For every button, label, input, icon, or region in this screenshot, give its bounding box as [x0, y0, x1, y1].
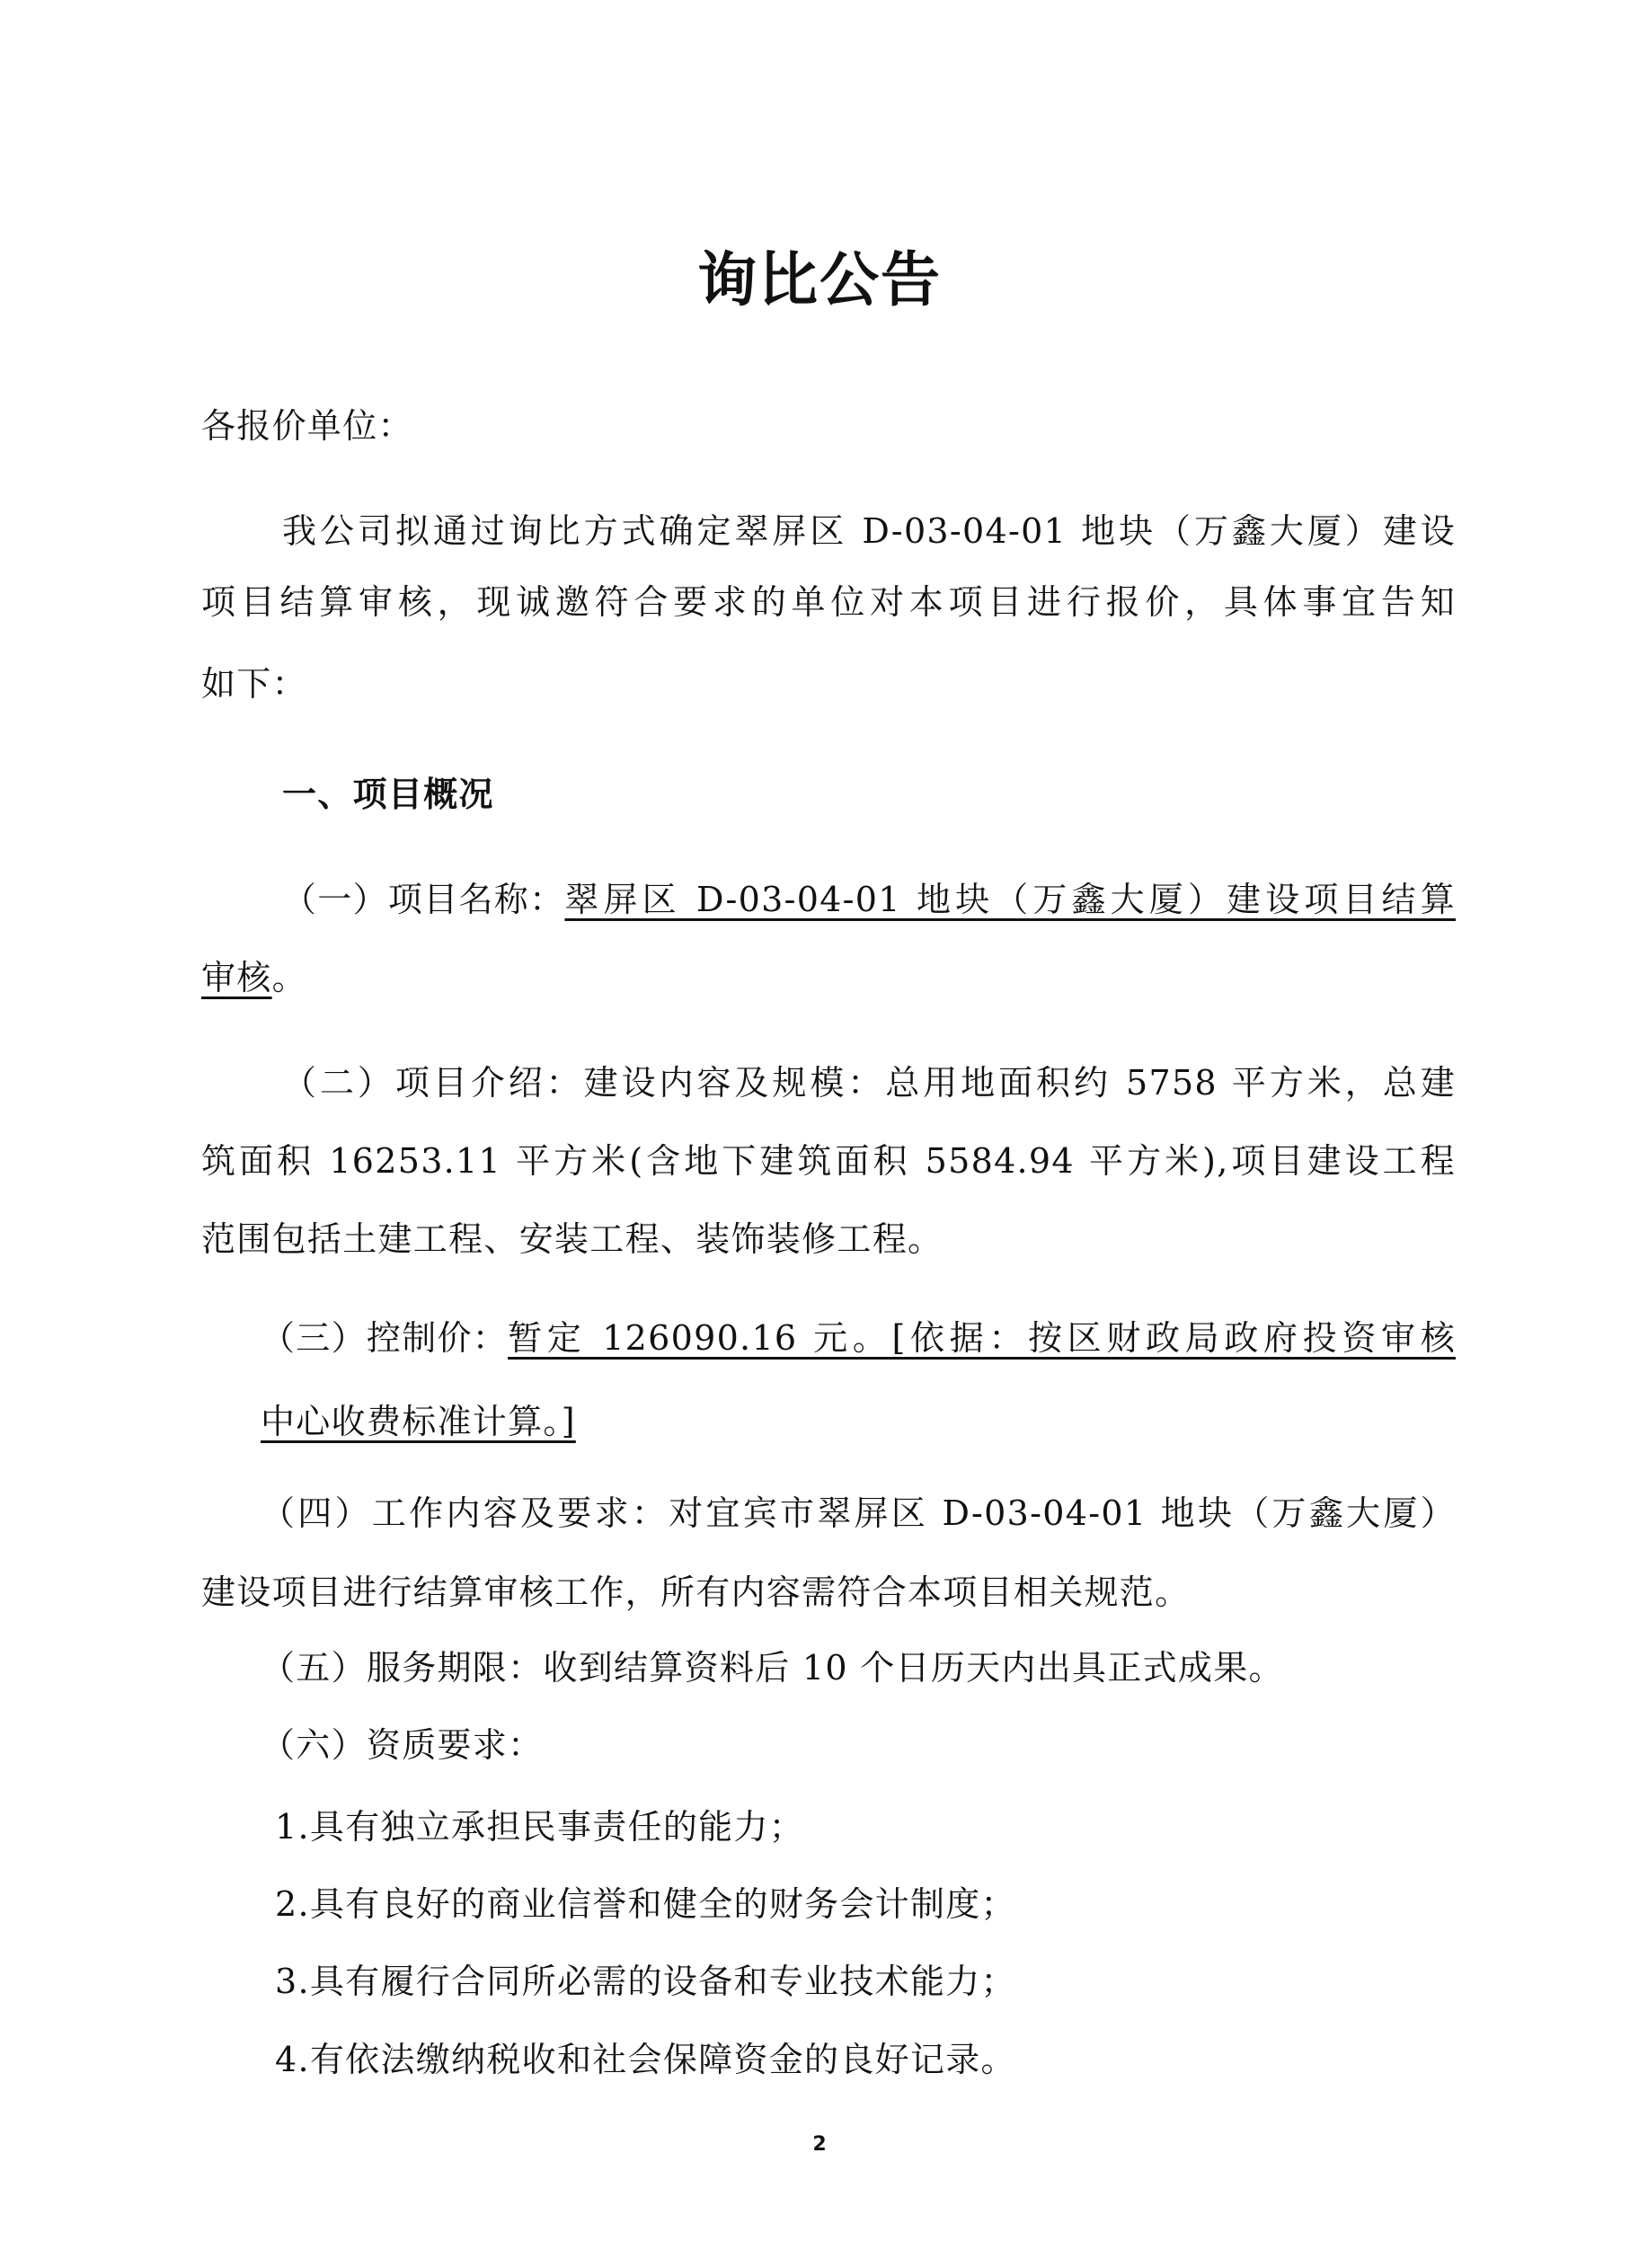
page-number: 2	[0, 2133, 1639, 2156]
item-project-name-line-1: （一）项目名称： 翠屏区 D-03-04-01 地块（万鑫大厦）建设项目结算	[282, 878, 1456, 921]
salutation: 各报价单位：	[201, 404, 413, 447]
item-project-name-line-2: 审核。	[201, 956, 307, 999]
item-control-price-value: 暂定 126090.16 元。[依据：按区财政局政府投资审核	[508, 1316, 1456, 1360]
intro-line-2: 项目结算审核，现诚邀符合要求的单位对本项目进行报价，具体事宜告知	[201, 580, 1456, 624]
item-project-intro-line-2: 筑面积 16253.11 平方米(含地下建筑面积 5584.94 平方米),项目…	[201, 1139, 1456, 1183]
qualification-item: 4.有依法缴纳税收和社会保障资金的良好记录。	[275, 2038, 1016, 2081]
item-work-content-line-2: 建设项目进行结算审核工作，所有内容需符合本项目相关规范。	[201, 1571, 1190, 1614]
item-project-intro-line-1: （二）项目介绍：建设内容及规模：总用地面积约 5758 平方米，总建	[282, 1061, 1456, 1104]
item-control-price-label: （三）控制价：	[261, 1316, 508, 1360]
item-project-name-label: （一）项目名称：	[282, 878, 564, 921]
intro-line-3: 如下：	[201, 662, 307, 705]
intro-line-1: 我公司拟通过询比方式确定翠屏区 D-03-04-01 地块（万鑫大厦）建设	[282, 509, 1456, 553]
item-control-price-value-cont: 中心收费标准计算。]	[261, 1402, 576, 1441]
item-service-period: （五）服务期限：收到结算资料后 10 个日历天内出具正式成果。	[261, 1646, 1284, 1689]
document-page: 询比公告 各报价单位： 我公司拟通过询比方式确定翠屏区 D-03-04-01 地…	[0, 0, 1639, 2268]
item-control-price-line-2: 中心收费标准计算。]	[261, 1400, 576, 1443]
item-project-name-value-cont: 审核	[201, 958, 272, 997]
item-project-intro-line-3: 范围包括土建工程、安装工程、装饰装修工程。	[201, 1218, 943, 1261]
document-title: 询比公告	[0, 244, 1639, 316]
item-project-name-tail: 。	[272, 958, 307, 997]
section-heading-project-overview: 一、项目概况	[282, 773, 494, 816]
item-work-content-line-1: （四）工作内容及要求：对宜宾市翠屏区 D-03-04-01 地块（万鑫大厦）	[261, 1492, 1456, 1535]
qualification-item: 1.具有独立承担民事责任的能力；	[275, 1805, 804, 1848]
item-control-price-line-1: （三）控制价： 暂定 126090.16 元。[依据：按区财政局政府投资审核	[261, 1316, 1456, 1360]
item-project-name-value: 翠屏区 D-03-04-01 地块（万鑫大厦）建设项目结算	[564, 878, 1456, 921]
qualification-item: 2.具有良好的商业信誉和健全的财务会计制度；	[275, 1883, 1016, 1926]
qualification-item: 3.具有履行合同所必需的设备和专业技术能力；	[275, 1960, 1016, 2003]
item-qualification-heading: （六）资质要求：	[261, 1723, 543, 1767]
